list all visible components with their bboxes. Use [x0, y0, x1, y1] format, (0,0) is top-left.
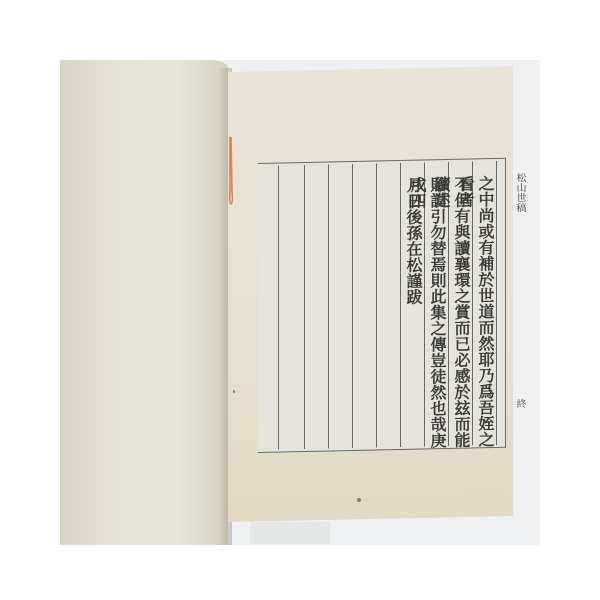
column-rule	[352, 164, 353, 448]
text-column-2: 不但有與讀襄環之賞而已必感於玆而能續述	[451, 176, 471, 448]
text-column-1: 之中尚或有補於世道而然耶乃爲吾姪之看者	[475, 175, 495, 447]
printed-frame: 之中尚或有補於世道而然耶乃爲吾姪之看者 不但有與讀襄環之賞而已必感於玆而能續述 …	[258, 158, 506, 453]
text-column-4: 月日後孫在松謹跋	[403, 177, 423, 305]
under-page-edge	[250, 522, 330, 544]
column-rule	[376, 164, 377, 448]
column-rule	[496, 161, 497, 445]
text-column-3: 貽謨引勿替焉則此集之傳豈徒然也哉庚戌四	[427, 176, 447, 448]
column-rule	[328, 165, 329, 449]
paper-stain	[357, 498, 361, 502]
margin-label-bottom: 終	[507, 398, 527, 408]
column-rule	[400, 163, 401, 447]
binding-thread-icon	[228, 137, 234, 237]
left-page-blank	[60, 60, 228, 545]
column-rule	[304, 165, 305, 449]
column-rule	[278, 166, 279, 450]
margin-title: 松山世稿	[507, 172, 527, 212]
paper-stain	[233, 390, 235, 393]
